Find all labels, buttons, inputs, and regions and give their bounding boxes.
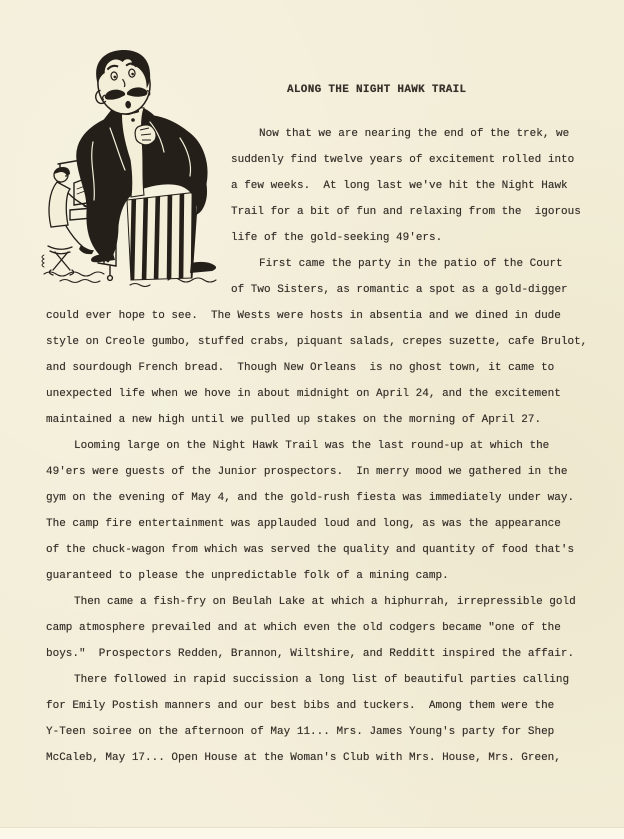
text-line: style on Creole gumbo, stuffed crabs, pi… [46, 329, 606, 355]
text-line: The camp fire entertainment was applaude… [46, 511, 606, 537]
text-line: There followed in rapid succission a lon… [46, 667, 606, 693]
text-line: for Emily Postish manners and our best b… [46, 693, 606, 719]
text-line: suddenly find twelve years of excitement… [231, 147, 606, 173]
text-line: a few weeks. At long last we've hit the … [231, 173, 606, 199]
text-line: Trail for a bit of fun and relaxing from… [231, 199, 606, 225]
document-page: ALONG THE NIGHT HAWK TRAIL Now that we a… [0, 0, 624, 839]
text-line: Now that we are nearing the end of the t… [231, 121, 606, 147]
text-line: 49'ers were guests of the Junior prospec… [46, 459, 606, 485]
text-line: First came the party in the patio of the… [231, 251, 606, 277]
page-title: ALONG THE NIGHT HAWK TRAIL [287, 84, 466, 96]
scan-edge-strip [0, 827, 624, 839]
text-line: maintained a new high until we pulled up… [46, 407, 606, 433]
text-line: camp atmosphere prevailed and at which e… [46, 615, 606, 641]
text-line: Looming large on the Night Hawk Trail wa… [46, 433, 606, 459]
text-line: of the chuck-wagon from which was served… [46, 537, 606, 563]
text-line: could ever hope to see. The Wests were h… [46, 303, 606, 329]
text-line: and sourdough French bread. Though New O… [46, 355, 606, 381]
text-line: unexpected life when we hove in about mi… [46, 381, 606, 407]
text-line: guaranteed to please the unpredictable f… [46, 563, 606, 589]
text-line: life of the gold-seeking 49'ers. [231, 225, 606, 251]
singer-head-icon [91, 47, 154, 117]
text-line: gym on the evening of May 4, and the gol… [46, 485, 606, 511]
document-body: Now that we are nearing the end of the t… [46, 121, 606, 771]
text-line: McCaleb, May 17... Open House at the Wom… [46, 745, 606, 771]
text-line: Then came a fish-fry on Beulah Lake at w… [46, 589, 606, 615]
text-line: of Two Sisters, as romantic a spot as a … [231, 277, 606, 303]
text-line: Y-Teen soiree on the afternoon of May 11… [46, 719, 606, 745]
text-line: boys." Prospectors Redden, Brannon, Wilt… [46, 641, 606, 667]
